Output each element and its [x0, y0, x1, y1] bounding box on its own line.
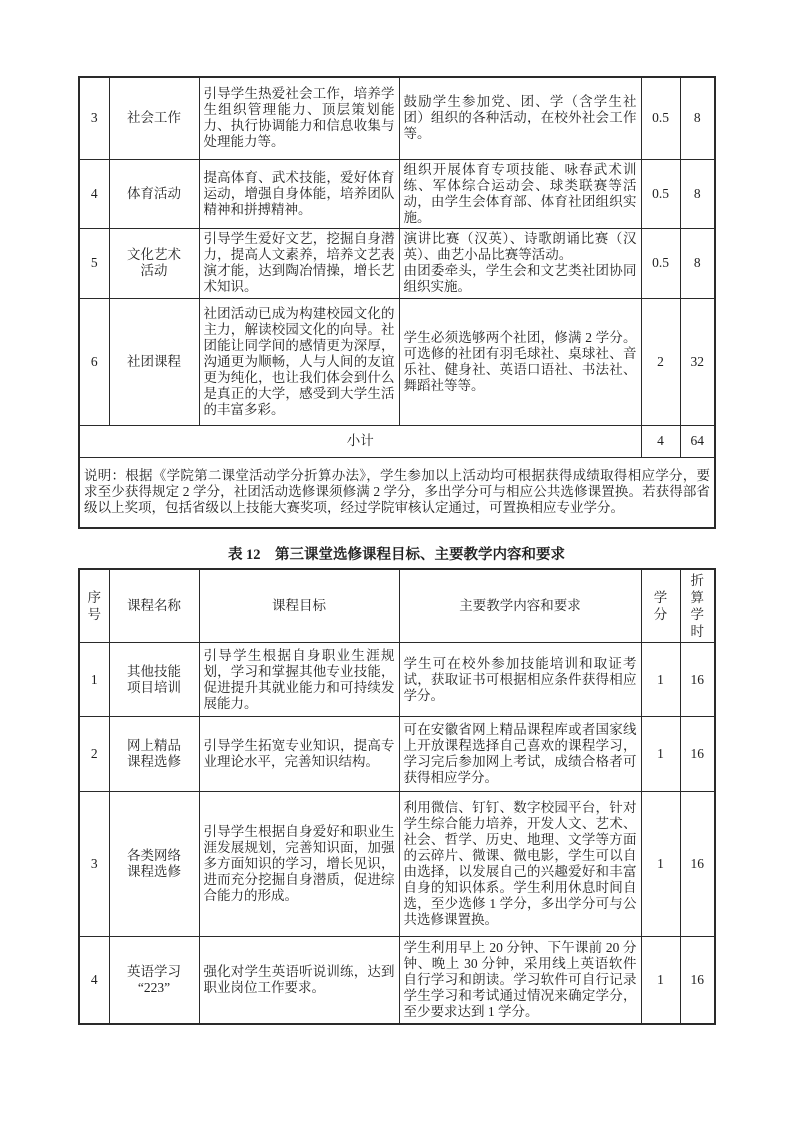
course-name-cell: 网上精品 课程选修: [109, 717, 199, 792]
content-cell: 学生必须选够两个社团，修满 2 学分。可选修的社团有羽毛球社、桌球社、音乐社、健…: [399, 298, 641, 425]
credits-cell: 1: [641, 937, 680, 1024]
table-row: 6 社团课程 社团活动已成为构建校园文化的主力，解读校园文化的向导。社团能让同学…: [79, 298, 715, 425]
header-row-number-label: 序号: [88, 589, 102, 623]
row-number-cell: 1: [79, 643, 109, 717]
table-row: 4 英语学习 “223” 强化对学生英语听说训练，达到职业岗位工作要求。 学生利…: [79, 937, 715, 1024]
row-number-cell: 6: [79, 298, 109, 425]
header-row: 序号 课程名称 课程目标 主要教学内容和要求 学分 折算学时: [79, 569, 715, 643]
goal-cell: 引导学生根据自身爱好和职业生涯发展规划，完善知识面，加强多方面知识的学习，增长见…: [199, 792, 399, 937]
goal-cell: 引导学生根据自身职业生涯规划，学习和掌握其他专业技能，促进提升其就业能力和可持续…: [199, 643, 399, 717]
hours-cell: 8: [680, 228, 715, 298]
hours-cell: 16: [680, 937, 715, 1024]
content-cell: 利用微信、钉钉、数字校园平台，针对学生综合能力培养，开发人文、艺术、社会、哲学、…: [399, 792, 641, 937]
table-row: 1 其他技能 项目培训 引导学生根据自身职业生涯规划，学习和掌握其他专业技能，促…: [79, 643, 715, 717]
second-classroom-activities-table: 3 社会工作 引导学生热爱社会工作，培养学生组织管理能力、顶层策划能力、执行协调…: [78, 76, 716, 529]
hours-cell: 16: [680, 717, 715, 792]
table-row: 3 社会工作 引导学生热爱社会工作，培养学生组织管理能力、顶层策划能力、执行协调…: [79, 77, 715, 159]
hours-cell: 32: [680, 298, 715, 425]
hours-cell: 16: [680, 643, 715, 717]
course-name-cell: 其他技能 项目培训: [109, 643, 199, 717]
row-number-cell: 2: [79, 717, 109, 792]
subtotal-credits-cell: 4: [641, 425, 680, 457]
third-classroom-courses-table: 序号 课程名称 课程目标 主要教学内容和要求 学分 折算学时 1 其他技能 项目…: [78, 568, 716, 1025]
goal-cell: 社团活动已成为构建校园文化的主力，解读校园文化的向导。社团能让同学间的感情更为深…: [199, 298, 399, 425]
table-row: 2 网上精品 课程选修 引导学生拓宽专业知识，提高专业理论水平，完善知识结构。 …: [79, 717, 715, 792]
subtotal-row: 小计 4 64: [79, 425, 715, 457]
header-converted-hours-label: 折算学时: [691, 572, 705, 640]
credits-cell: 2: [641, 298, 680, 425]
credits-cell: 1: [641, 643, 680, 717]
subtotal-label-cell: 小计: [79, 425, 641, 457]
content-cell: 学生可在校外参加技能培训和取证考试，获取证书可根据相应条件获得相应学分。: [399, 643, 641, 717]
content-cell: 组织开展体育专项技能、咏春武术训练、军体综合运动会、球类联赛等活动，由学生会体育…: [399, 159, 641, 228]
goal-cell: 提高体育、武术技能，爱好体育运动，增强自身体能，培养团队精神和拼搏精神。: [199, 159, 399, 228]
header-course-name: 课程名称: [109, 569, 199, 643]
row-number-cell: 4: [79, 937, 109, 1024]
table-12-caption: 表 12 第三课堂选修课程目标、主要教学内容和要求: [0, 543, 793, 564]
row-number-cell: 3: [79, 792, 109, 937]
credits-cell: 1: [641, 792, 680, 937]
table-row: 3 各类网络 课程选修 引导学生根据自身爱好和职业生涯发展规划，完善知识面，加强…: [79, 792, 715, 937]
content-cell: 可在安徽省网上精品课程库或者国家线上开放课程选择自己喜欢的课程学习，学习完后参加…: [399, 717, 641, 792]
header-teaching-content: 主要教学内容和要求: [399, 569, 641, 643]
header-credits: 学分: [641, 569, 680, 643]
content-cell: 学生利用早上 20 分钟、下午课前 20 分钟、晚上 30 分钟，采用线上英语软…: [399, 937, 641, 1024]
activity-name-cell: 文化艺术 活动: [109, 228, 199, 298]
course-name-cell: 英语学习 “223”: [109, 937, 199, 1024]
row-number-cell: 3: [79, 77, 109, 159]
table-row: 4 体育活动 提高体育、武术技能，爱好体育运动，增强自身体能，培养团队精神和拼搏…: [79, 159, 715, 228]
content-cell: 演讲比赛（汉英）、诗歌朗诵比赛（汉英）、曲艺小品比赛等活动。 由团委牵头，学生会…: [399, 228, 641, 298]
header-course-goal: 课程目标: [199, 569, 399, 643]
header-row-number: 序号: [79, 569, 109, 643]
header-credits-label: 学分: [654, 589, 668, 623]
activity-name-cell: 社会工作: [109, 77, 199, 159]
activity-name-cell: 体育活动: [109, 159, 199, 228]
goal-cell: 引导学生拓宽专业知识，提高专业理论水平，完善知识结构。: [199, 717, 399, 792]
note-cell: 说明：根据《学院第二课堂活动学分折算办法》，学生参加以上活动均可根据获得成绩取得…: [79, 457, 715, 528]
table-row: 5 文化艺术 活动 引导学生爱好文艺，挖掘自身潜力，提高人文素养，培养文艺表演才…: [79, 228, 715, 298]
credits-cell: 0.5: [641, 77, 680, 159]
hours-cell: 8: [680, 77, 715, 159]
header-converted-hours: 折算学时: [680, 569, 715, 643]
course-name-cell: 各类网络 课程选修: [109, 792, 199, 937]
row-number-cell: 4: [79, 159, 109, 228]
hours-cell: 8: [680, 159, 715, 228]
goal-cell: 强化对学生英语听说训练，达到职业岗位工作要求。: [199, 937, 399, 1024]
note-row: 说明：根据《学院第二课堂活动学分折算办法》，学生参加以上活动均可根据获得成绩取得…: [79, 457, 715, 528]
credits-cell: 0.5: [641, 228, 680, 298]
activity-name-cell: 社团课程: [109, 298, 199, 425]
content-cell: 鼓励学生参加党、团、学（含学生社团）组织的各种活动，在校外社会工作等。: [399, 77, 641, 159]
document-page: 3 社会工作 引导学生热爱社会工作，培养学生组织管理能力、顶层策划能力、执行协调…: [0, 0, 793, 1122]
goal-cell: 引导学生爱好文艺，挖掘自身潜力，提高人文素养，培养文艺表演才能，达到陶冶情操，增…: [199, 228, 399, 298]
subtotal-hours-cell: 64: [680, 425, 715, 457]
row-number-cell: 5: [79, 228, 109, 298]
goal-cell: 引导学生热爱社会工作，培养学生组织管理能力、顶层策划能力、执行协调能力和信息收集…: [199, 77, 399, 159]
hours-cell: 16: [680, 792, 715, 937]
credits-cell: 0.5: [641, 159, 680, 228]
credits-cell: 1: [641, 717, 680, 792]
